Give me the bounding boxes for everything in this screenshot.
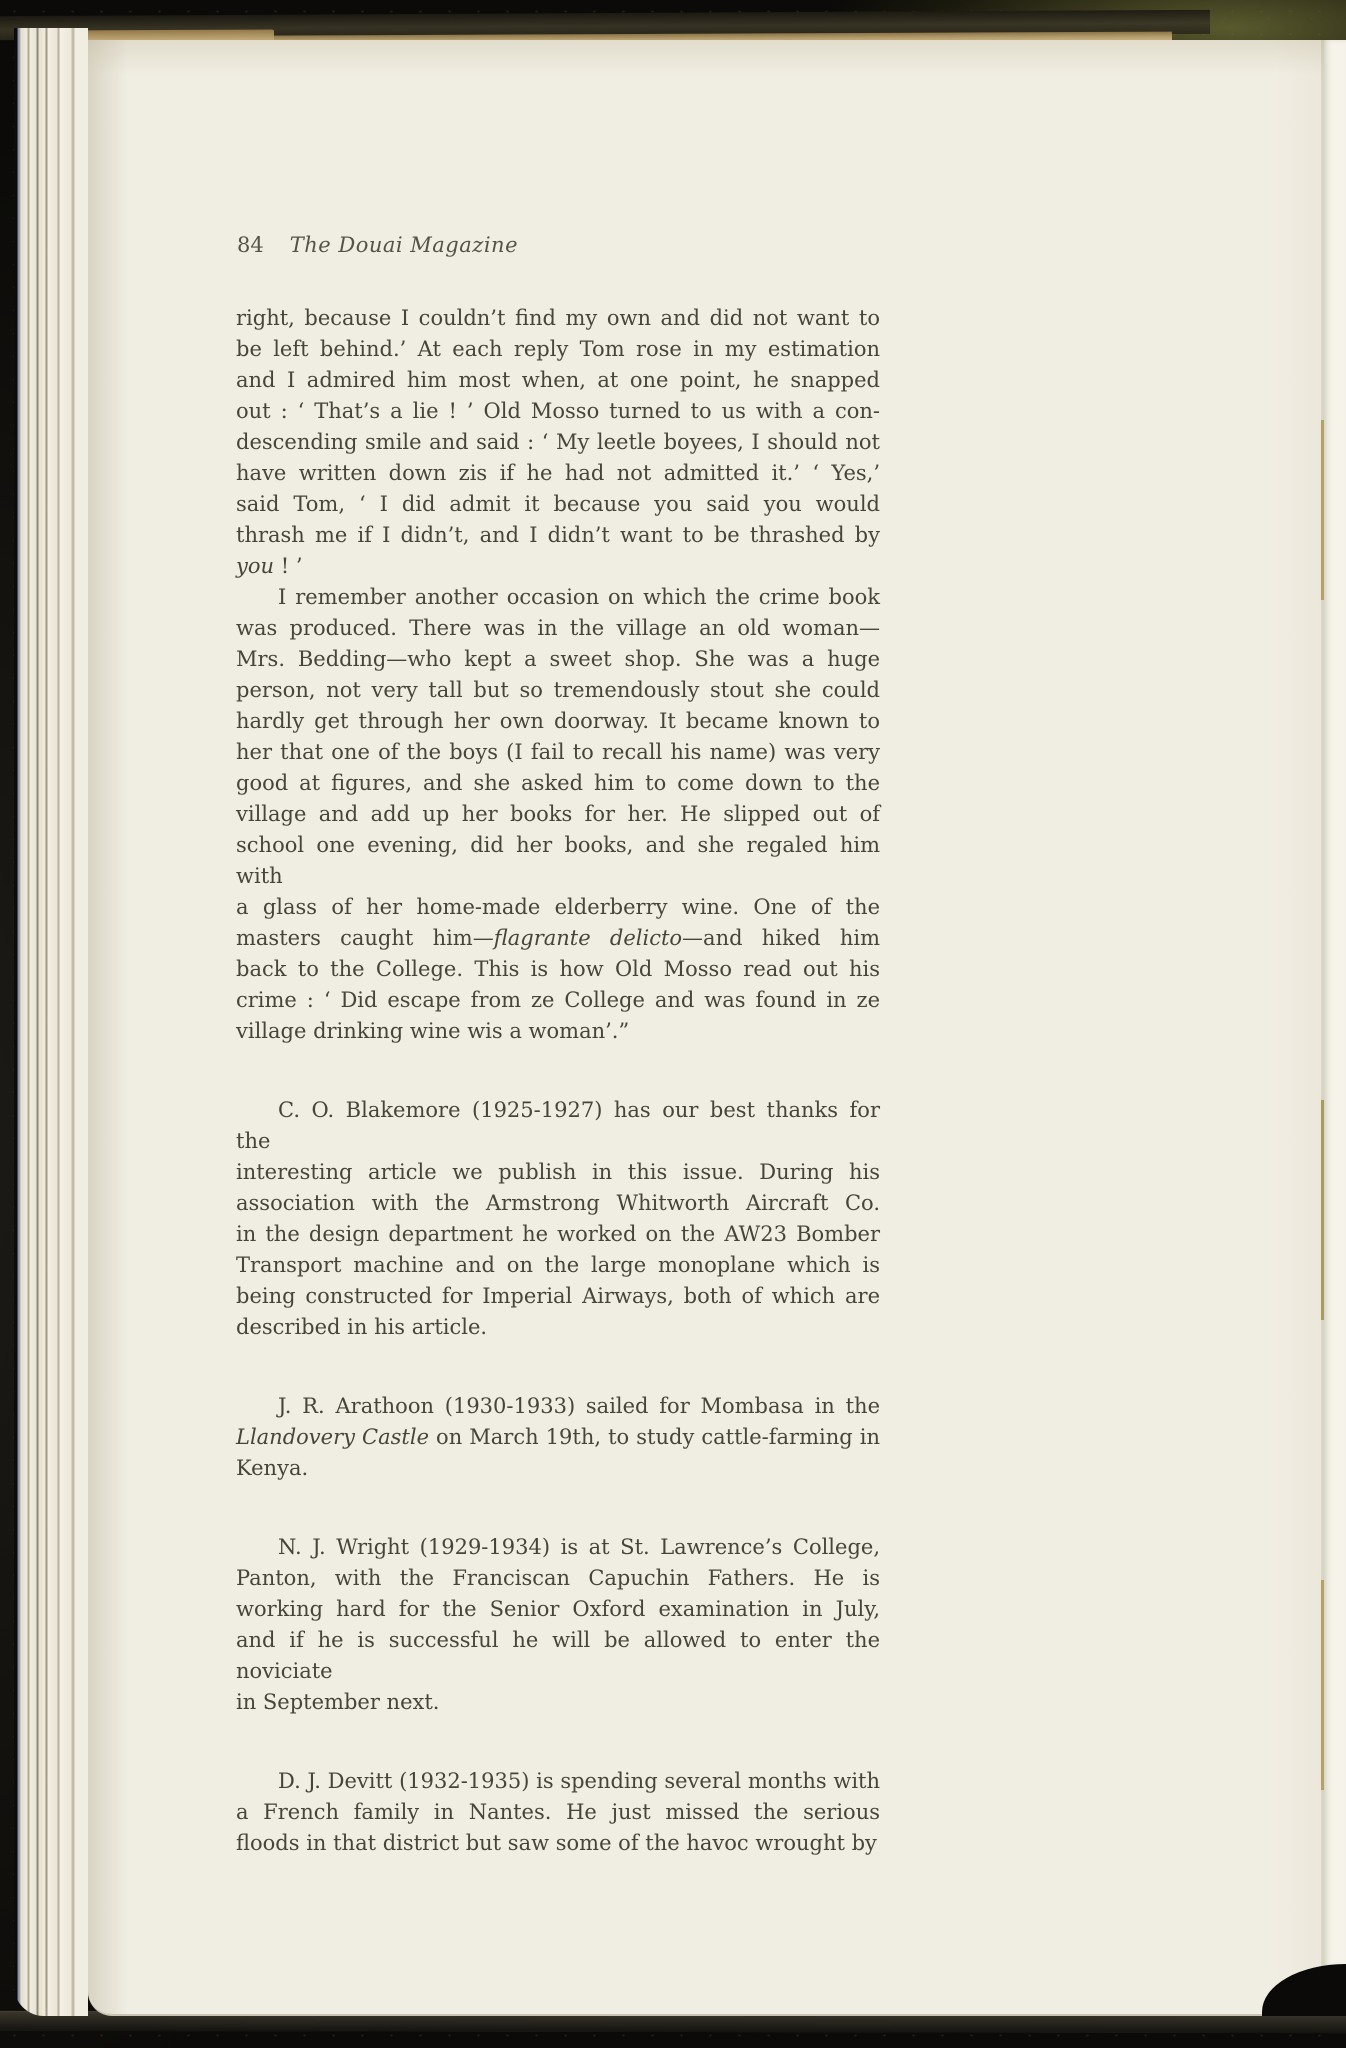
running-header: 84 The Douai Magazine: [237, 230, 880, 261]
text-line: J. R. Arathoon (1930-1933) sailed for Mo…: [236, 1391, 880, 1422]
page-content: 84 The Douai Magazine right, because I c…: [236, 230, 880, 1859]
text-line: in the design department he worked on th…: [236, 1219, 880, 1250]
text-line: person, not very tall but so tremendousl…: [236, 675, 880, 706]
paragraph: right, because I couldn’t find my own an…: [236, 303, 880, 582]
paragraph: D. J. Devitt (1932-1935) is spending sev…: [236, 1766, 880, 1859]
text-line: hardly get through her own doorway. It b…: [236, 706, 880, 737]
paragraph: I remember another occasion on which the…: [236, 582, 880, 1047]
text-line: in September next.: [236, 1687, 880, 1718]
paragraph: N. J. Wright (1929-1934) is at St. Lawre…: [236, 1532, 880, 1718]
text-line: Mrs. Bedding—who kept a sweet shop. She …: [236, 644, 880, 675]
text-line: back to the College. This is how Old Mos…: [236, 954, 880, 985]
page-stack-left-edges: [14, 28, 88, 2016]
page-number: 84: [237, 230, 264, 261]
adjacent-page-edge: [1324, 40, 1346, 1966]
text-line: thrash me if I didn’t, and I didn’t want…: [236, 520, 880, 551]
paragraph: C. O. Blakemore (1925-1927) has our best…: [236, 1095, 880, 1343]
text-line: association with the Armstrong Whitworth…: [236, 1188, 880, 1219]
text-line: being constructed for Imperial Airways, …: [236, 1281, 880, 1312]
magazine-page: 84 The Douai Magazine right, because I c…: [88, 40, 1346, 2016]
text-line: descending smile and said : ‘ My leetle …: [236, 427, 880, 458]
text-line: working hard for the Senior Oxford exami…: [236, 1594, 880, 1625]
text-line: described in his article.: [236, 1312, 880, 1343]
text-line: good at figures, and she asked him to co…: [236, 768, 880, 799]
text-line: crime : ‘ Did escape from ze College and…: [236, 985, 880, 1016]
text-line: village and add up her books for her. He…: [236, 799, 880, 830]
cover-corner-bottom-right: [1262, 1964, 1346, 2016]
text-line: right, because I couldn’t find my own an…: [236, 303, 880, 334]
text-line: be left behind.’ At each reply Tom rose …: [236, 334, 880, 365]
text-line: masters caught him—flagrante delicto—and…: [236, 923, 880, 954]
text-line: her that one of the boys (I fail to reca…: [236, 737, 880, 768]
text-line: Panton, with the Franciscan Capuchin Fat…: [236, 1563, 880, 1594]
text-line: floods in that district but saw some of …: [236, 1828, 880, 1859]
text-line: out : ‘ That’s a lie ! ’ Old Mosso turne…: [236, 396, 880, 427]
text-line: have written down zis if he had not admi…: [236, 458, 880, 489]
text-line: Llandovery Castle on March 19th, to stud…: [236, 1422, 880, 1453]
text-line: school one evening, did her books, and s…: [236, 830, 880, 892]
text-line: N. J. Wright (1929-1934) is at St. Lawre…: [236, 1532, 880, 1563]
text-line: D. J. Devitt (1932-1935) is spending sev…: [236, 1766, 880, 1797]
text-line: C. O. Blakemore (1925-1927) has our best…: [236, 1095, 880, 1157]
text-line: and if he is successful he will be allow…: [236, 1625, 880, 1687]
text-line: you ! ’: [236, 551, 880, 582]
text-line: Transport machine and on the large monop…: [236, 1250, 880, 1281]
journal-title: The Douai Magazine: [290, 230, 518, 261]
text-line: said Tom, ‘ I did admit it because you s…: [236, 489, 880, 520]
text-line: Kenya.: [236, 1453, 880, 1484]
text-line: village drinking wine wis a woman’.”: [236, 1016, 880, 1047]
text-line: was produced. There was in the village a…: [236, 613, 880, 644]
text-line: I remember another occasion on which the…: [236, 582, 880, 613]
paragraph: J. R. Arathoon (1930-1933) sailed for Mo…: [236, 1391, 880, 1484]
text-line: a glass of her home-made elderberry wine…: [236, 892, 880, 923]
text-line: and I admired him most when, at one poin…: [236, 365, 880, 396]
body-text: right, because I couldn’t find my own an…: [236, 303, 880, 1859]
book-photo: 84 The Douai Magazine right, because I c…: [0, 0, 1346, 2048]
text-line: interesting article we publish in this i…: [236, 1157, 880, 1188]
text-line: a French family in Nantes. He just misse…: [236, 1797, 880, 1828]
